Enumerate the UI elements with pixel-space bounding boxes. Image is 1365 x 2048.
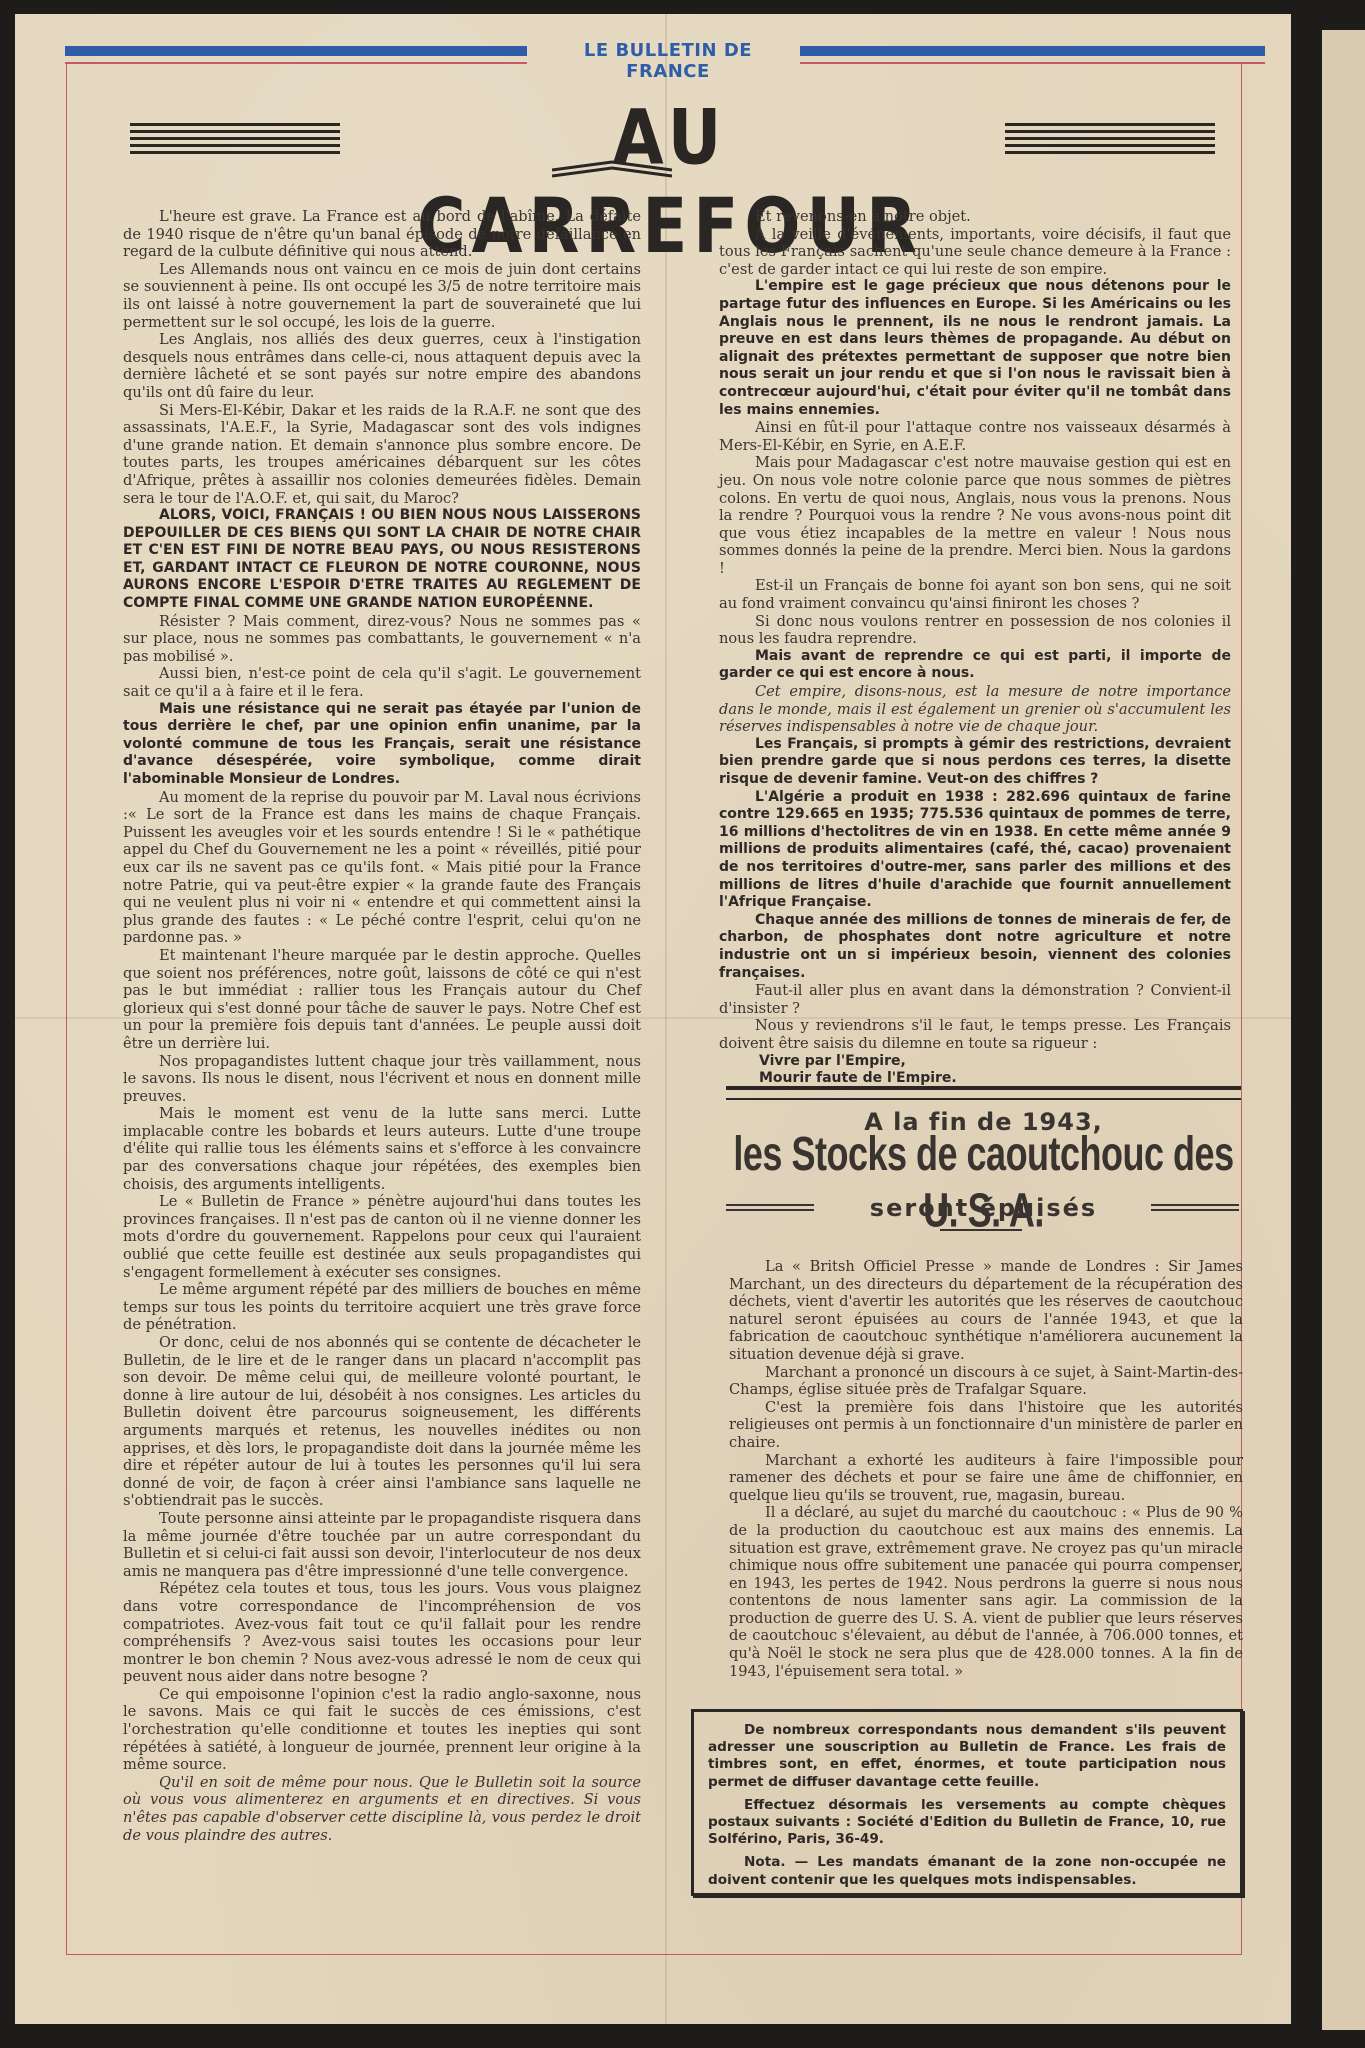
article-paragraph: L'Algérie a produit en 1938 : 282.696 qu… xyxy=(719,789,1231,912)
article-paragraph: Vivre par l'Empire, xyxy=(719,1053,1231,1071)
right-column: Et revenons-en à notre objet.A la veille… xyxy=(719,208,1231,1088)
section-divider xyxy=(726,1086,1241,1100)
article-paragraph: Mais une résistance qui ne serait pas ét… xyxy=(123,701,641,789)
article-paragraph: Et revenons-en à notre objet. xyxy=(719,208,1231,226)
rubber-headline-line3: seront épuisés xyxy=(821,1194,1146,1222)
article-paragraph: Les Allemands nous ont vaincu en ce mois… xyxy=(123,261,641,331)
masthead-red-line-left xyxy=(65,62,527,64)
rubber-article-body: La « Britsh Officiel Presse » mande de L… xyxy=(729,1258,1243,1680)
article-paragraph: Le même argument répété par des milliers… xyxy=(123,1281,641,1334)
rubber-paragraph: C'est la première fois dans l'histoire q… xyxy=(729,1399,1243,1452)
headline-rule-right xyxy=(1151,1204,1239,1211)
article-paragraph: Mais pour Madagascar c'est notre mauvais… xyxy=(719,454,1231,577)
rubber-headline-line3-row: seront épuisés xyxy=(726,1196,1241,1226)
masthead-blue-bar-right xyxy=(800,46,1265,56)
article-paragraph: ALORS, VOICI, FRANÇAIS ! OU BIEN NOUS NO… xyxy=(123,507,641,613)
headline-rules-left xyxy=(130,123,340,163)
article-paragraph: Nos propagandistes luttent chaque jour t… xyxy=(123,1053,641,1106)
notice-paragraph: Effectuez désormais les versements au co… xyxy=(708,1797,1226,1849)
masthead-title: LE BULLETIN DE FRANCE xyxy=(543,40,793,82)
article-paragraph: L'heure est grave. La France est au bord… xyxy=(123,208,641,261)
adjacent-sheet xyxy=(1322,30,1365,2030)
article-paragraph: Aussi bien, n'est-ce point de cela qu'il… xyxy=(123,665,641,700)
article-paragraph: Chaque année des millions de tonnes de m… xyxy=(719,912,1231,982)
short-rule xyxy=(940,1229,1022,1231)
article-paragraph: Le « Bulletin de France » pénètre aujour… xyxy=(123,1193,641,1281)
article-paragraph: Faut-il aller plus en avant dans la démo… xyxy=(719,982,1231,1017)
rubber-paragraph: La « Britsh Officiel Presse » mande de L… xyxy=(729,1258,1243,1364)
masthead-blue-bar-left xyxy=(65,46,527,56)
headline-row: AU CARREFOUR xyxy=(100,105,1220,195)
article-paragraph: Toute personne ainsi atteinte par le pro… xyxy=(123,1510,641,1580)
headline-rule-left xyxy=(726,1204,814,1211)
article-paragraph: Ainsi en fût-il pour l'attaque contre no… xyxy=(719,419,1231,454)
rubber-paragraph: Il a déclaré, au sujet du marché du caou… xyxy=(729,1504,1243,1680)
notice-paragraph: Nota. — Les mandats émanant de la zone n… xyxy=(708,1854,1226,1888)
article-paragraph: Qu'il en soit de même pour nous. Que le … xyxy=(123,1774,641,1844)
article-paragraph: A la veille d'événements, importants, vo… xyxy=(719,226,1231,279)
subscription-notice-box: De nombreux correspondants nous demanden… xyxy=(691,1709,1243,1896)
article-paragraph: Mais avant de reprendre ce qui est parti… xyxy=(719,648,1231,683)
article-paragraph: Les Français, si prompts à gémir des res… xyxy=(719,736,1231,789)
article-paragraph: Cet empire, disons-nous, est la mesure d… xyxy=(719,683,1231,736)
notice-paragraph: De nombreux correspondants nous demanden… xyxy=(708,1722,1226,1791)
article-paragraph: Répétez cela toutes et tous, tous les jo… xyxy=(123,1580,641,1686)
chevron-ornament xyxy=(552,158,672,178)
article-paragraph: Si Mers-El-Kébir, Dakar et les raids de … xyxy=(123,402,641,508)
article-paragraph: Est-il un Français de bonne foi ayant so… xyxy=(719,577,1231,612)
rubber-paragraph: Marchant a exhorté les auditeurs à faire… xyxy=(729,1452,1243,1505)
article-paragraph: L'empire est le gage précieux que nous d… xyxy=(719,278,1231,419)
article-paragraph: Ce qui empoisonne l'opinion c'est la rad… xyxy=(123,1686,641,1774)
article-paragraph: Nous y reviendrons s'il le faut, le temp… xyxy=(719,1017,1231,1052)
masthead-red-line-right xyxy=(800,62,1265,64)
article-paragraph: Et maintenant l'heure marquée par le des… xyxy=(123,947,641,1053)
article-paragraph: Au moment de la reprise du pouvoir par M… xyxy=(123,789,641,947)
masthead: LE BULLETIN DE FRANCE xyxy=(65,40,1275,70)
article-paragraph: Si donc nous voulons rentrer en possessi… xyxy=(719,613,1231,648)
article-paragraph: Mais le moment est venu de la lutte sans… xyxy=(123,1105,641,1193)
article-paragraph: Or donc, celui de nos abonnés qui se con… xyxy=(123,1334,641,1510)
left-column: L'heure est grave. La France est au bord… xyxy=(123,208,641,1844)
article-paragraph: Les Anglais, nos alliés des deux guerres… xyxy=(123,331,641,401)
article-paragraph: Résister ? Mais comment, direz-vous? Nou… xyxy=(123,613,641,666)
headline-rules-right xyxy=(1005,123,1215,163)
rubber-paragraph: Marchant a prononcé un discours à ce suj… xyxy=(729,1364,1243,1399)
